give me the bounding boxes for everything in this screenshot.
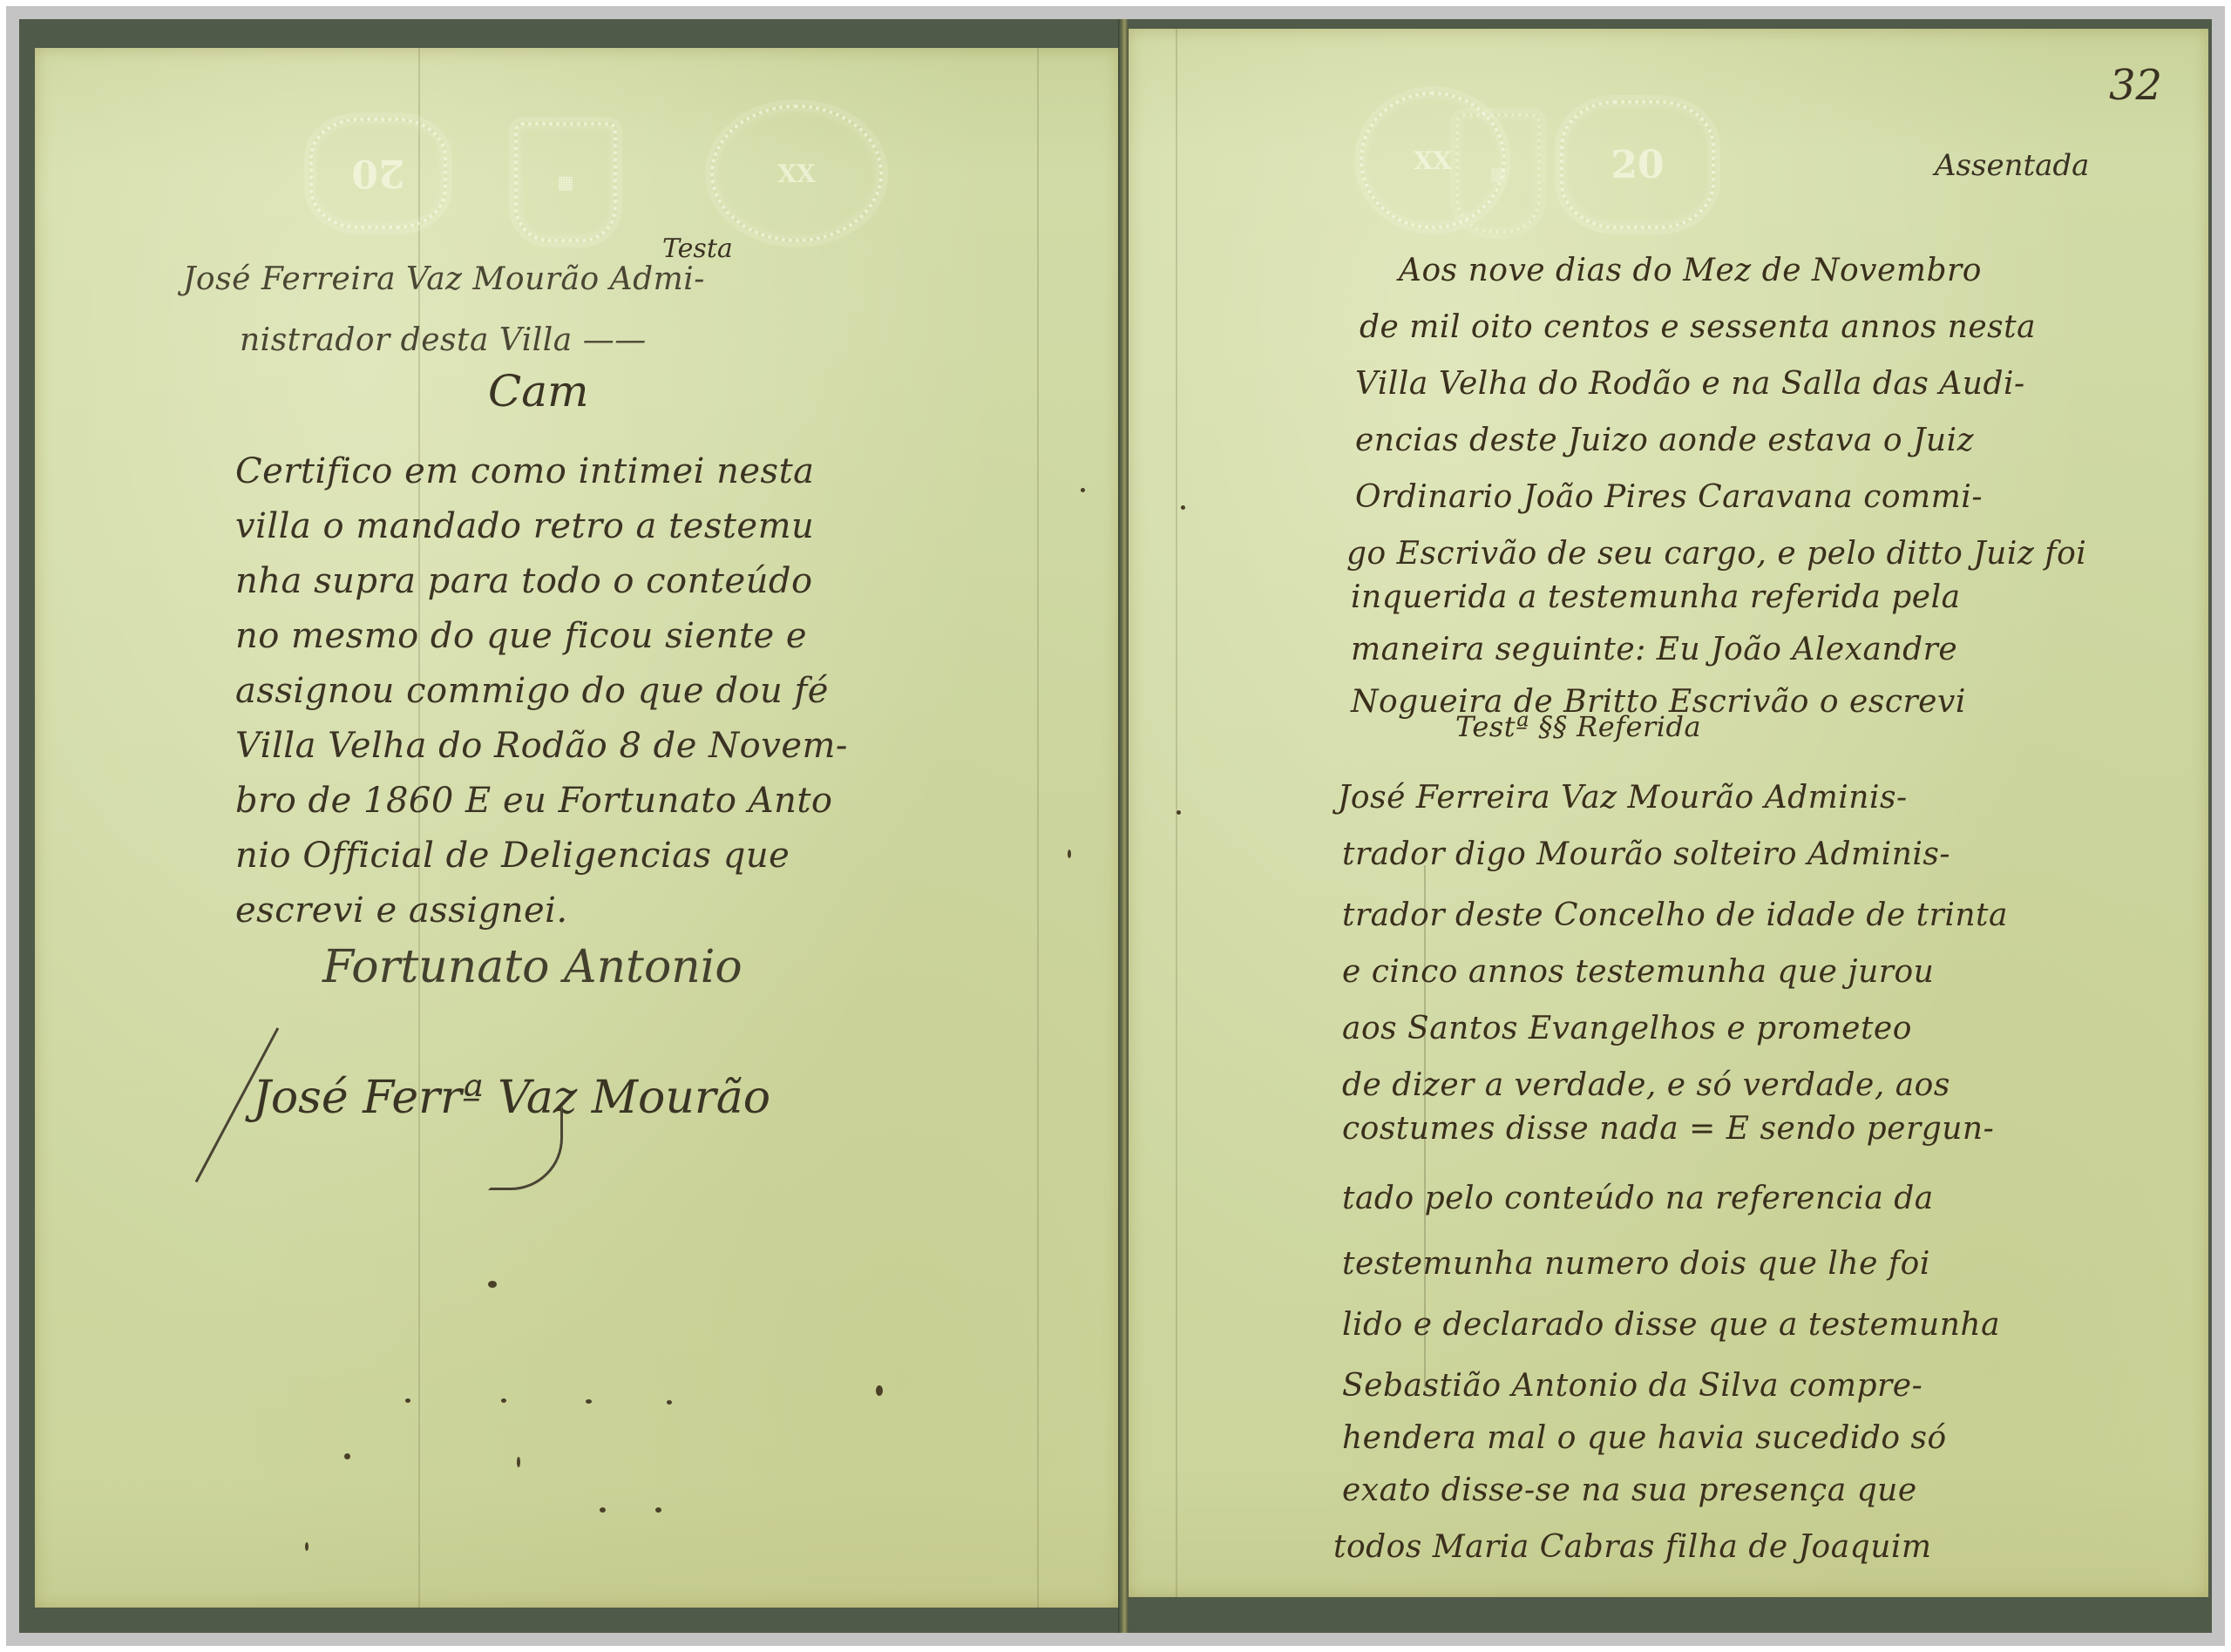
subheading-testemunha-referida: Testª §§ Referida bbox=[1455, 710, 1701, 743]
certificate-line: escrevi e assignei. bbox=[235, 884, 568, 938]
entry-line: maneira seguinte: Eu João Alexandre bbox=[1351, 632, 1957, 667]
testimony-line: de dizer a verdade, e só verdade, aos bbox=[1342, 1067, 1950, 1103]
embossed-coat-of-arms-icon: ▦ bbox=[1455, 113, 1541, 234]
signature-fortunato-antonio: Fortunato Antonio bbox=[322, 941, 743, 993]
certificate-line: Certifico em como intimei nesta bbox=[235, 444, 815, 499]
ink-spot bbox=[667, 1400, 672, 1405]
testimony-line: trador digo Mourão solteiro Adminis- bbox=[1342, 836, 1950, 872]
header-line-1: José Ferreira Vaz Mourão Admi- bbox=[183, 261, 705, 297]
testimony-line: lido e declarado disse que a testemunha bbox=[1342, 1307, 2000, 1343]
testimony-line: Sebastião Antonio da Silva compre- bbox=[1342, 1368, 1922, 1404]
ink-spot bbox=[1081, 488, 1085, 492]
entry-line: inquerida a testemunha referida pela bbox=[1351, 579, 1961, 615]
ink-spot bbox=[488, 1281, 497, 1288]
ink-spot bbox=[305, 1542, 309, 1551]
margin-note-assentada: Assentada bbox=[1935, 148, 2089, 183]
entry-line: encias deste Juizo aonde estava o Juiz bbox=[1355, 423, 1974, 458]
ink-spot bbox=[344, 1453, 350, 1459]
ink-spot bbox=[1181, 505, 1185, 510]
ink-spot bbox=[876, 1385, 883, 1396]
certificate-line: nha supra para todo o conteúdo bbox=[235, 554, 813, 609]
certificate-line: nio Official de Deligencias que bbox=[235, 829, 790, 884]
entry-line: Ordinario João Pires Caravana commi- bbox=[1355, 479, 1983, 515]
paper-crease bbox=[1037, 48, 1039, 1608]
entry-line: de mil oito centos e sessenta annos nest… bbox=[1360, 309, 2036, 345]
ink-spot bbox=[501, 1398, 506, 1403]
embossed-stamp-20: 20 bbox=[1560, 100, 1715, 229]
testimony-line: exato disse-se na sua presença que bbox=[1342, 1473, 1917, 1508]
header-line-2: nistrador desta Villa —— bbox=[240, 322, 647, 358]
ink-spot bbox=[1068, 850, 1071, 858]
ink-spot bbox=[586, 1399, 592, 1404]
testimony-line: testemunha numero dois que lhe foi bbox=[1342, 1246, 1930, 1282]
embossed-stamp-20: 20 bbox=[309, 118, 447, 229]
embossed-coat-of-arms-icon: ▦ bbox=[514, 122, 617, 242]
embossed-stamp-xx: XX bbox=[710, 105, 883, 242]
entry-line: Aos nove dias do Mez de Novembro bbox=[1399, 253, 1982, 288]
entry-line: go Escrivão de seu cargo, e pelo ditto J… bbox=[1346, 536, 2086, 572]
testimony-line: todos Maria Cabras filha de Joaquim bbox=[1333, 1529, 1932, 1565]
certificate-line: Villa Velha do Rodão 8 de Novem- bbox=[235, 719, 848, 774]
testimony-line: trador deste Concelho de idade de trinta bbox=[1342, 897, 2008, 933]
certificate-line: no mesmo do que ficou siente e bbox=[235, 609, 807, 664]
folio-number: 32 bbox=[2109, 61, 2162, 110]
ink-spot bbox=[655, 1507, 661, 1513]
entry-line: Villa Velha do Rodão e na Salla das Audi… bbox=[1355, 366, 2025, 402]
certificate-line: villa o mandado retro a testemu bbox=[235, 499, 814, 554]
testimony-line: e cinco annos testemunha que jurou bbox=[1342, 954, 1934, 990]
certificate-line: assignou commigo do que dou fé bbox=[235, 664, 829, 719]
ink-spot bbox=[1177, 810, 1181, 815]
book-gutter bbox=[1118, 19, 1129, 1633]
testimony-line: aos Santos Evangelhos e prometeo bbox=[1342, 1011, 1912, 1046]
ink-spot bbox=[405, 1398, 410, 1403]
header-superscript: Testa bbox=[662, 234, 733, 264]
ink-spot bbox=[517, 1457, 520, 1467]
testimony-line: José Ferreira Vaz Mourão Adminis- bbox=[1338, 780, 1908, 816]
ink-spot bbox=[600, 1507, 606, 1513]
testimony-line: tado pelo conteúdo na referencia da bbox=[1342, 1181, 1934, 1216]
testimony-line: hendera mal o que havia sucedido só bbox=[1342, 1420, 1947, 1456]
certificate-line: bro de 1860 E eu Fortunato Anto bbox=[235, 774, 832, 829]
heading-cam: Cam bbox=[488, 366, 588, 416]
testimony-line: costumes disse nada = E sendo pergun- bbox=[1342, 1111, 1994, 1147]
